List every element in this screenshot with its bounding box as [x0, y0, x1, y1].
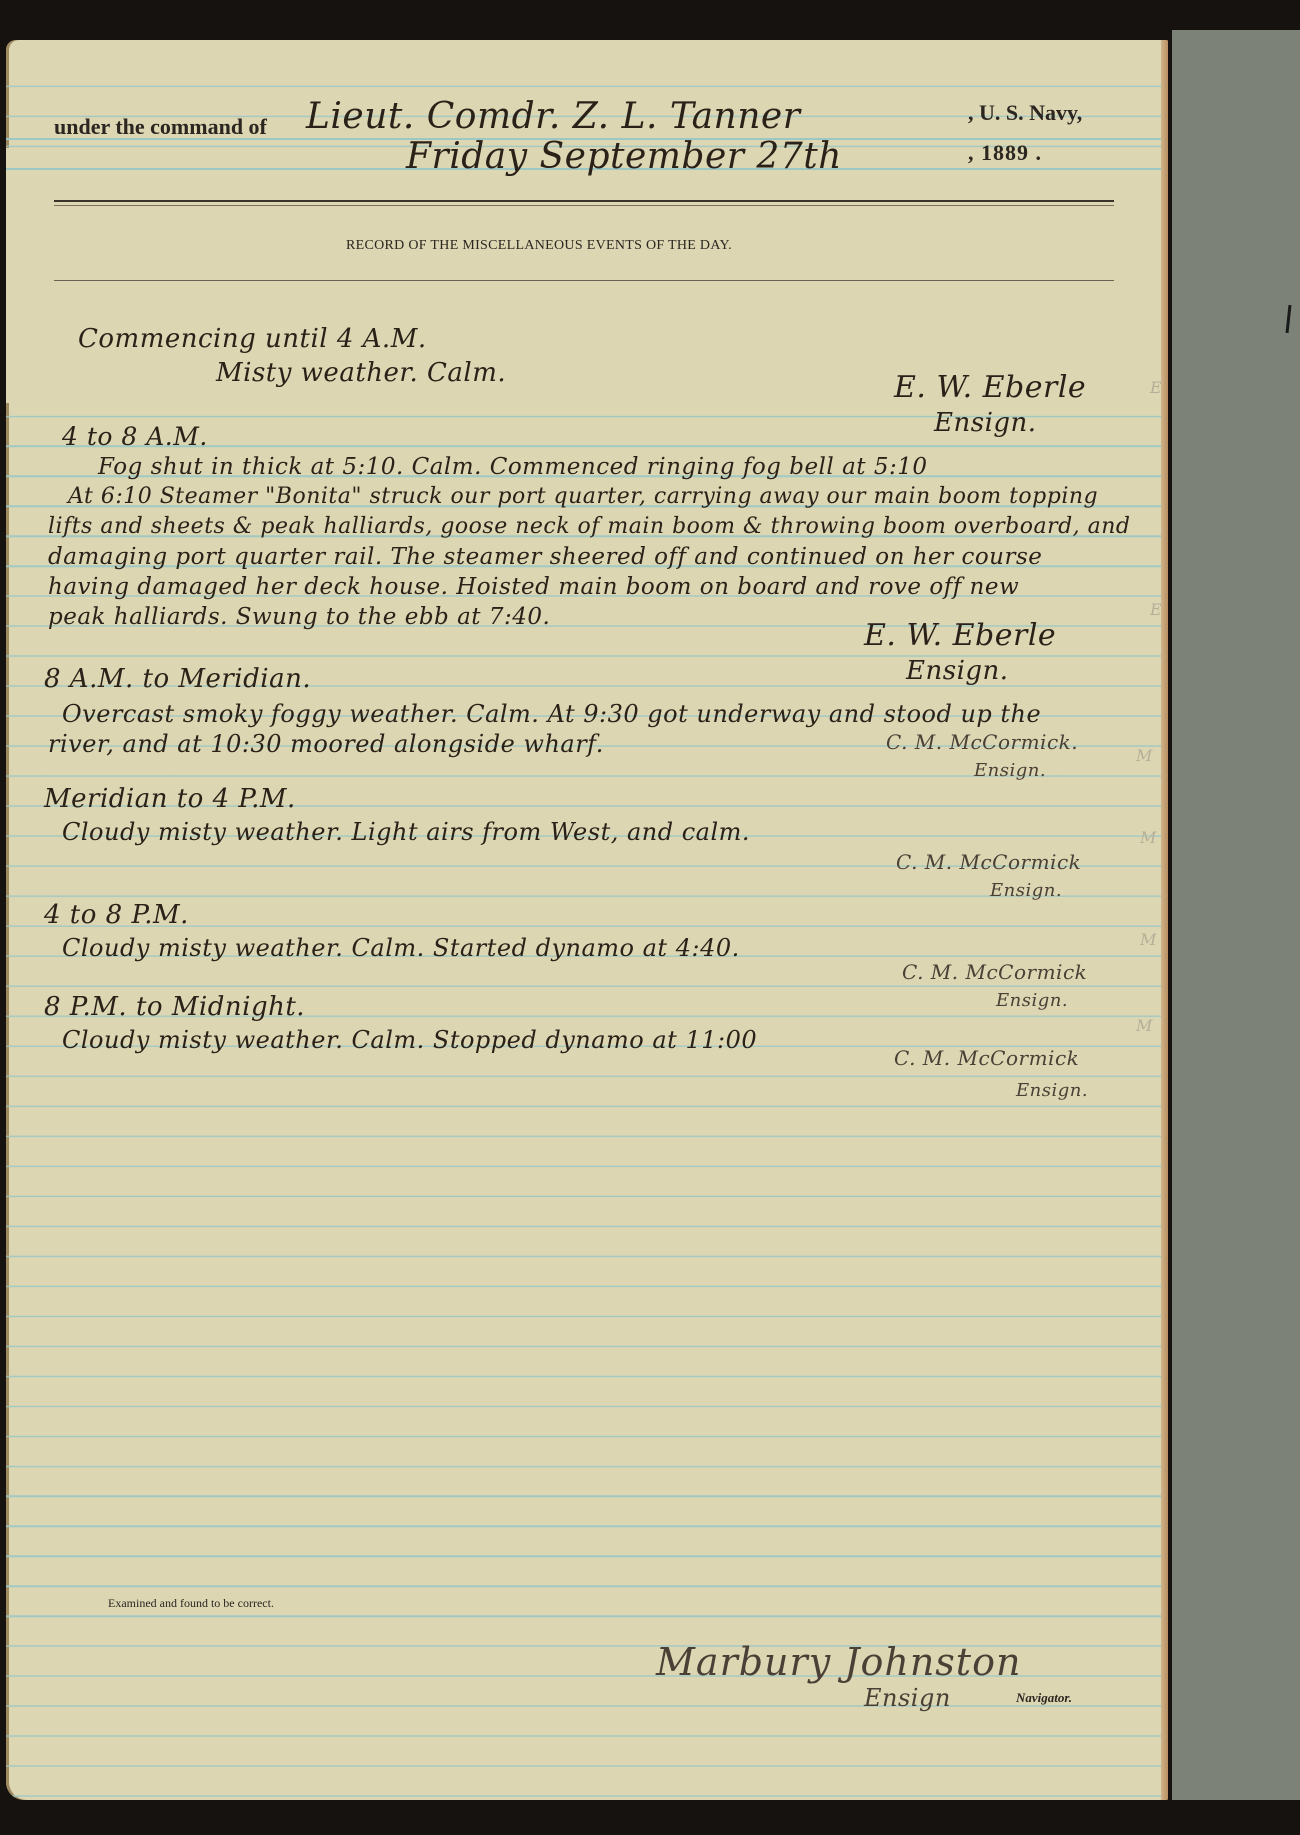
date-handwritten: Friday September 27th: [406, 136, 842, 177]
watch-signature-name: E. W. Eberle: [864, 618, 1056, 653]
navigator-label: Navigator.: [1016, 1690, 1072, 1706]
watch-line: river, and at 10:30 moored alongside wha…: [48, 730, 604, 758]
watch-line: Cloudy misty weather. Light airs from We…: [62, 818, 750, 846]
watch-line: At 6:10 Steamer "Bonita" struck our port…: [68, 484, 1098, 509]
watch-signature-name: C. M. McCormick.: [886, 730, 1078, 754]
watch-line: Cloudy misty weather. Calm. Started dyna…: [62, 934, 740, 962]
margin-mark: M: [1136, 746, 1152, 765]
year: , 1889 .: [968, 140, 1042, 166]
examined-label: Examined and found to be correct.: [108, 1596, 274, 1611]
navigator-signature: Marbury Johnston: [656, 1640, 1021, 1684]
watch-line: having damaged her deck house. Hoisted m…: [48, 574, 1019, 600]
watch-heading: 4 to 8 P.M.: [44, 900, 189, 930]
watch-signature-name: C. M. McCormick: [894, 1046, 1079, 1070]
commander-name: Lieut. Comdr. Z. L. Tanner: [306, 96, 800, 137]
watch-heading: Commencing until 4 A.M.: [78, 324, 427, 354]
margin-mark: E: [1150, 600, 1162, 619]
logbook-page: under the command of Lieut. Comdr. Z. L.…: [6, 40, 1168, 1800]
watch-heading: 8 A.M. to Meridian.: [44, 664, 311, 694]
watch-signature-rank: Ensign.: [906, 656, 1009, 686]
watch-signature-name: C. M. McCormick: [902, 960, 1087, 984]
command-prefix: under the command of: [54, 114, 267, 140]
header-rule-secondary: [54, 205, 1114, 206]
watch-signature-rank: Ensign.: [1016, 1080, 1088, 1101]
watch-signature-rank: Ensign.: [934, 408, 1037, 438]
watch-signature-rank: Ensign.: [996, 990, 1068, 1011]
margin-mark: M: [1136, 1016, 1152, 1035]
watch-line: Misty weather. Calm.: [216, 358, 506, 388]
margin-mark: E: [1150, 378, 1162, 397]
watch-signature-name: C. M. McCormick: [896, 850, 1081, 874]
watch-signature-rank: Ensign.: [990, 880, 1062, 901]
margin-mark: M: [1140, 828, 1156, 847]
backing-board: [1172, 30, 1300, 1800]
watch-signature-name: E. W. Eberle: [894, 370, 1086, 405]
watch-line: Fog shut in thick at 5:10. Calm. Commenc…: [98, 454, 928, 480]
section-title: RECORD OF THE MISCELLANEOUS EVENTS OF TH…: [346, 238, 732, 254]
margin-mark: M: [1140, 930, 1156, 949]
section-rule: [54, 280, 1114, 281]
service-label: , U. S. Navy,: [968, 100, 1082, 126]
watch-line: Cloudy misty weather. Calm. Stopped dyna…: [62, 1026, 757, 1054]
watch-heading: 8 P.M. to Midnight.: [44, 992, 305, 1022]
header-rule: [54, 200, 1114, 202]
watch-signature-rank: Ensign.: [974, 760, 1046, 781]
watch-line: Overcast smoky foggy weather. Calm. At 9…: [62, 700, 1041, 728]
header-area: [6, 148, 1168, 403]
watch-line: peak halliards. Swung to the ebb at 7:40…: [48, 604, 550, 630]
watch-line: lifts and sheets & peak halliards, goose…: [48, 514, 1131, 539]
navigator-rank: Ensign: [864, 1684, 951, 1712]
watch-heading: 4 to 8 A.M.: [62, 422, 208, 451]
watch-heading: Meridian to 4 P.M.: [44, 784, 296, 814]
watch-line: damaging port quarter rail. The steamer …: [48, 544, 1042, 570]
